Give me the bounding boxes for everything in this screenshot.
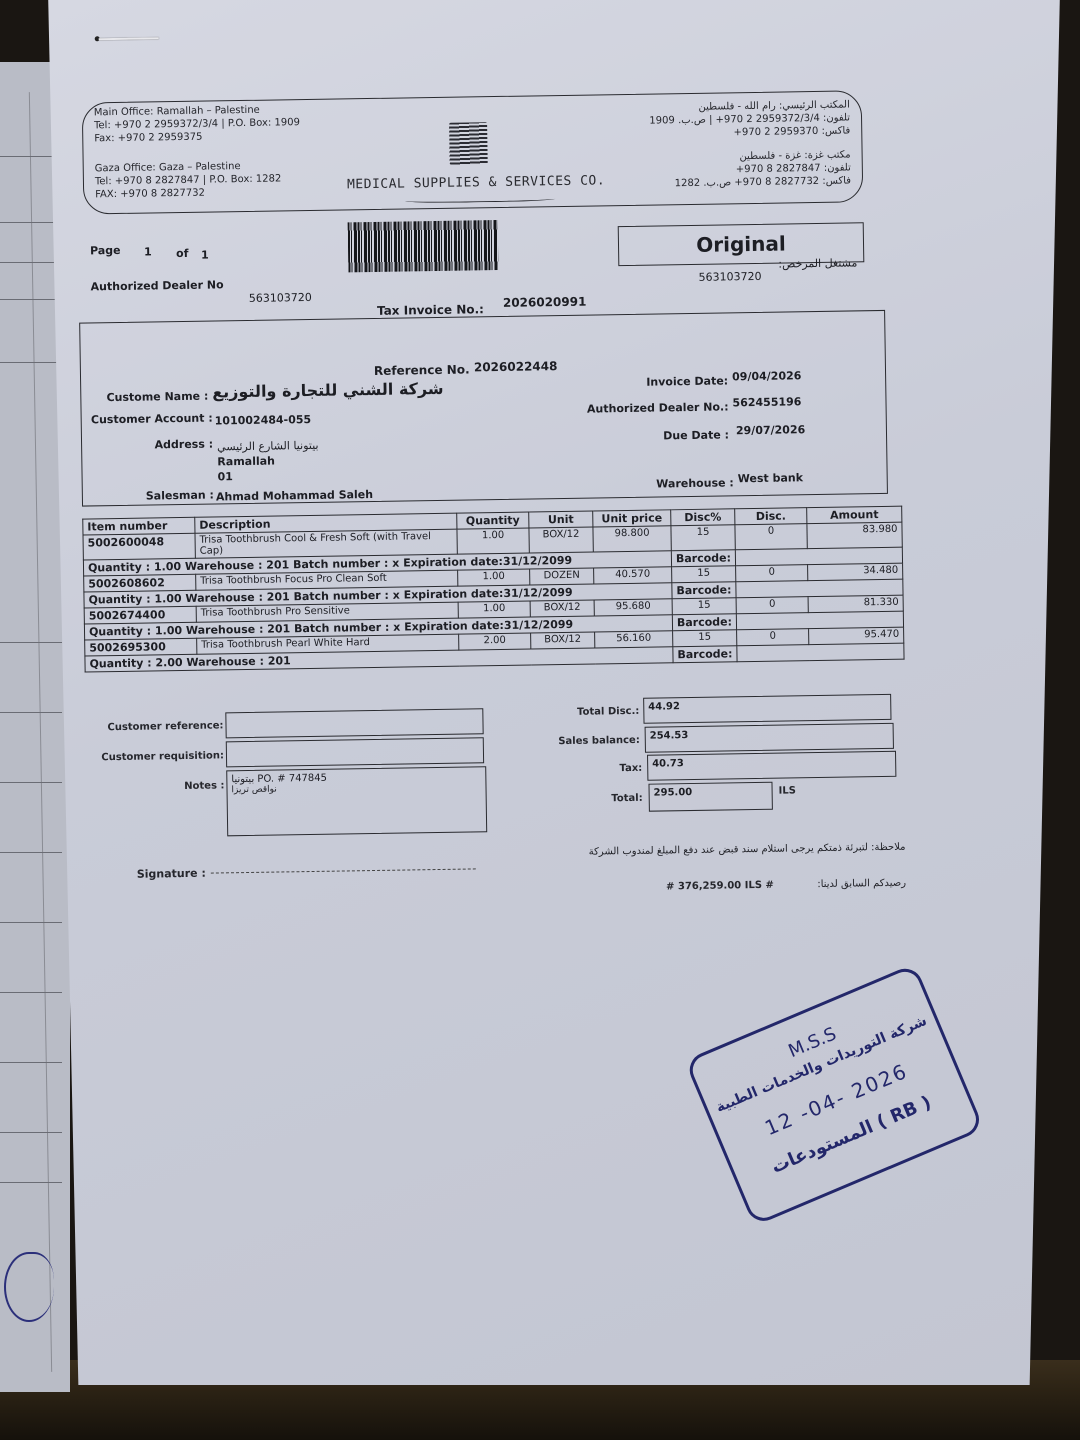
- sales-balance-value: 254.53: [645, 723, 894, 753]
- col-disc-pct: Disc%: [671, 509, 735, 526]
- invoice-barcode: [348, 220, 499, 272]
- unit-cell: BOX/12: [529, 527, 593, 553]
- barcode-label-cell: Barcode:: [671, 550, 735, 567]
- barcode-value-cell: [737, 643, 904, 662]
- copy-type-text: Original: [696, 231, 786, 256]
- customer-reference-label: Customer reference:: [93, 720, 223, 733]
- customer-account: 101002484-055: [215, 413, 312, 428]
- total-disc-value: 44.92: [643, 694, 891, 724]
- auth-dealer-label: Authorized Dealer No.:: [578, 400, 728, 415]
- warehouse-stamp: M.S.S شركة التوريدات والخدمات الطبية 12 …: [684, 963, 984, 1226]
- customer-name-label: Custome Name :: [96, 390, 208, 405]
- quantity-cell: 1.00: [458, 601, 530, 618]
- address-line-1: بيتونيا الشارع الرئيسي: [217, 439, 319, 454]
- payment-note-ar: ملاحظة: لتبرئة ذمتكم يرجى استلام سند قبض…: [545, 842, 905, 859]
- invoice-date: 09/04/2026: [732, 369, 801, 383]
- main-office-info-ar: المكتب الرئيسي: رام الله - فلسطين تلفون:…: [649, 98, 850, 140]
- disc-pct-cell: 15: [672, 566, 736, 583]
- salesman-name: Ahmad Mohammad Saleh: [216, 488, 373, 503]
- amount-cell: 81.330: [808, 595, 903, 612]
- barcode-label-cell: Barcode:: [672, 614, 736, 631]
- warehouse-value: West bank: [738, 471, 803, 485]
- customer-requisition-field: [226, 737, 484, 767]
- quantity-cell: 1.00: [458, 569, 530, 586]
- quantity-cell: 1.00: [457, 528, 529, 554]
- disc-pct-cell: 15: [673, 630, 737, 647]
- page-current: 1: [144, 245, 152, 258]
- tax-invoice-number: 2026020991: [503, 295, 587, 310]
- signature-label: Signature :: [126, 867, 206, 881]
- item-number-cell: 5002695300: [85, 638, 197, 656]
- disc-cell: 0: [737, 629, 809, 646]
- disc-pct-cell: 15: [672, 598, 736, 615]
- col-item-number: Item number: [83, 517, 195, 535]
- due-date: 29/07/2026: [736, 423, 805, 437]
- amount-cell: 34.480: [808, 563, 903, 580]
- disc-cell: 0: [735, 524, 807, 550]
- item-number-cell: 5002608602: [84, 574, 196, 592]
- disc-cell: 0: [736, 565, 808, 582]
- signature-line[interactable]: [211, 868, 476, 873]
- total-value: 295.00: [648, 782, 772, 812]
- dealer-label: Authorized Dealer No: [91, 278, 224, 293]
- barcode-label-cell: Barcode:: [673, 646, 737, 663]
- unit-price-cell: 98.800: [593, 526, 671, 552]
- salesman-label: Salesman :: [130, 488, 214, 502]
- unit-cell: BOX/12: [531, 632, 595, 649]
- tax-value: 40.73: [647, 751, 896, 781]
- unit-cell: DOZEN: [530, 568, 594, 585]
- gaza-office-fax-ar: فاكس: 2827732 8 970+ ص.ب. 1282: [675, 174, 852, 190]
- col-disc: Disc.: [735, 508, 807, 525]
- invoice-sheet: Main Office: Ramallah – Palestine Tel: +…: [0, 0, 1080, 1440]
- prev-balance-label-ar: رصيدكم السابق لدينا:: [786, 878, 906, 891]
- address-line-3: 01: [218, 470, 234, 483]
- customer-account-label: Customer Account :: [89, 412, 213, 427]
- col-quantity: Quantity: [457, 512, 529, 529]
- notes-label: Notes :: [144, 780, 224, 792]
- page-label: Page: [90, 244, 121, 257]
- due-date-label: Due Date :: [619, 428, 729, 443]
- unit-cell: BOX/12: [530, 600, 594, 617]
- gaza-office-info: Gaza Office: Gaza – Palestine Tel: +970 …: [95, 159, 282, 201]
- staple: [99, 37, 159, 40]
- barcode-label-cell: Barcode:: [672, 582, 736, 599]
- dealer-number: 563103720: [249, 291, 312, 305]
- prev-balance-value: # 376,259.00 ILS #: [666, 879, 796, 892]
- dealer-label-ar: مشتغل المرخص:: [778, 256, 857, 270]
- customer-name: شركة الشني للتجارة والتوزيع: [212, 379, 444, 402]
- total-disc-label: Total Disc.:: [523, 706, 639, 719]
- col-unit: Unit: [529, 511, 593, 528]
- company-logo-icon: [449, 122, 488, 165]
- item-number-cell: 5002600048: [83, 533, 195, 560]
- dealer-number-ar: 563103720: [698, 270, 761, 284]
- invoice-date-label: Invoice Date:: [598, 374, 728, 389]
- sales-balance-label: Sales balance:: [524, 735, 640, 748]
- items-table: Item number Description Quantity Unit Un…: [82, 506, 904, 673]
- col-amount: Amount: [807, 506, 902, 523]
- reference-label: Reference No.: [374, 362, 470, 378]
- currency-label: ILS: [779, 785, 796, 796]
- unit-price-cell: 95.680: [594, 599, 672, 616]
- customer-reference-field: [225, 708, 483, 738]
- warehouse-label: Warehouse :: [630, 476, 734, 491]
- tax-label: Tax:: [524, 763, 642, 776]
- disc-cell: 0: [736, 597, 808, 614]
- address-line-2: Ramallah: [217, 455, 275, 469]
- notes-field: بيتونيا PO. # 747845 نواقص تريزا: [226, 766, 487, 836]
- gaza-office-info-ar: مكتب غزة: غزة - فلسطين تلفون: 2827847 8 …: [674, 148, 851, 190]
- col-unit-price: Unit price: [593, 510, 671, 527]
- unit-price-cell: 56.160: [595, 631, 673, 648]
- customer-requisition-label: Customer requisition:: [94, 750, 224, 763]
- page-of-label: of: [176, 247, 189, 260]
- main-office-info: Main Office: Ramallah – Palestine Tel: +…: [94, 103, 300, 145]
- unit-price-cell: 40.570: [594, 567, 672, 584]
- reference-number: 2026022448: [474, 359, 558, 374]
- item-number-cell: 5002674400: [84, 606, 196, 624]
- amount-cell: 95.470: [809, 627, 904, 644]
- disc-pct-cell: 15: [671, 525, 735, 551]
- page-total: 1: [201, 249, 209, 262]
- auth-dealer-number: 562455196: [732, 395, 801, 409]
- address-label: Address :: [129, 438, 213, 452]
- amount-cell: 83.980: [807, 522, 902, 548]
- total-label: Total:: [525, 793, 643, 806]
- quantity-cell: 2.00: [459, 633, 531, 650]
